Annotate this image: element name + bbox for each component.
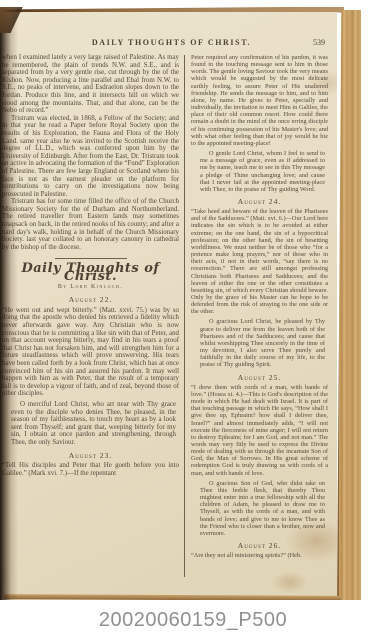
paragraph: Tristram was elected, in 1868, a Fellow … [2, 115, 179, 199]
paragraph: “Take heed and beware of the leaven of t… [191, 208, 328, 315]
left-column: when I examined lately a very large rais… [0, 54, 184, 584]
prayer-paragraph: O gracious Son of God, who didst take on… [200, 480, 325, 537]
prayer-paragraph: O gracious Lord Christ, be pleased by Th… [200, 318, 325, 368]
author-byline: By Lord Kinloch. [2, 284, 179, 292]
running-head-title: DAILY THOUGHTS OF CHRIST. [48, 38, 295, 47]
paragraph: Tristram has for some time filled the of… [2, 198, 179, 251]
section-divider [55, 258, 127, 259]
paragraph: “Are they not all ministering spirits?” … [191, 552, 328, 559]
book-fore-edge [337, 10, 361, 600]
paragraph: “I drew them with cords of a man, with b… [191, 384, 328, 477]
date-heading-august-25: August 25. [191, 374, 328, 381]
page-content: DAILY THOUGHTS OF CHRIST. 539 when I exa… [0, 38, 333, 592]
date-heading-august-22: August 22. [2, 296, 179, 304]
archive-label-strip: 20020060159_P500 [0, 600, 386, 640]
archive-id-label: 20020060159_P500 [99, 609, 287, 632]
running-head: DAILY THOUGHTS OF CHRIST. 539 [0, 38, 333, 47]
date-heading-august-23: August 23. [2, 452, 179, 460]
prayer-paragraph: O merciful Lord Christ, who art near wit… [11, 401, 176, 447]
book-page: DAILY THOUGHTS OF CHRIST. 539 when I exa… [0, 12, 337, 600]
paragraph: when I examined lately a very large rais… [2, 54, 179, 115]
date-heading-august-26: August 26. [191, 542, 328, 549]
section-heading: Daily Thoughts of Christ. [2, 265, 179, 280]
right-column: Peter required any confirmation of his p… [185, 54, 333, 584]
paragraph: “He went out and wept bitterly.” (Matt. … [2, 307, 179, 398]
prayer-paragraph: O gentle Lord Christ, whom I feel to sen… [200, 150, 325, 193]
text-columns: when I examined lately a very large rais… [0, 54, 333, 584]
date-heading-august-24: August 24. [191, 198, 328, 205]
paragraph: Peter required any confirmation of his p… [191, 54, 328, 147]
paragraph: “Tell His disciples and Peter that He go… [2, 462, 179, 477]
book-photograph: DAILY THOUGHTS OF CHRIST. 539 when I exa… [0, 7, 361, 600]
page-number: 539 [295, 38, 325, 47]
